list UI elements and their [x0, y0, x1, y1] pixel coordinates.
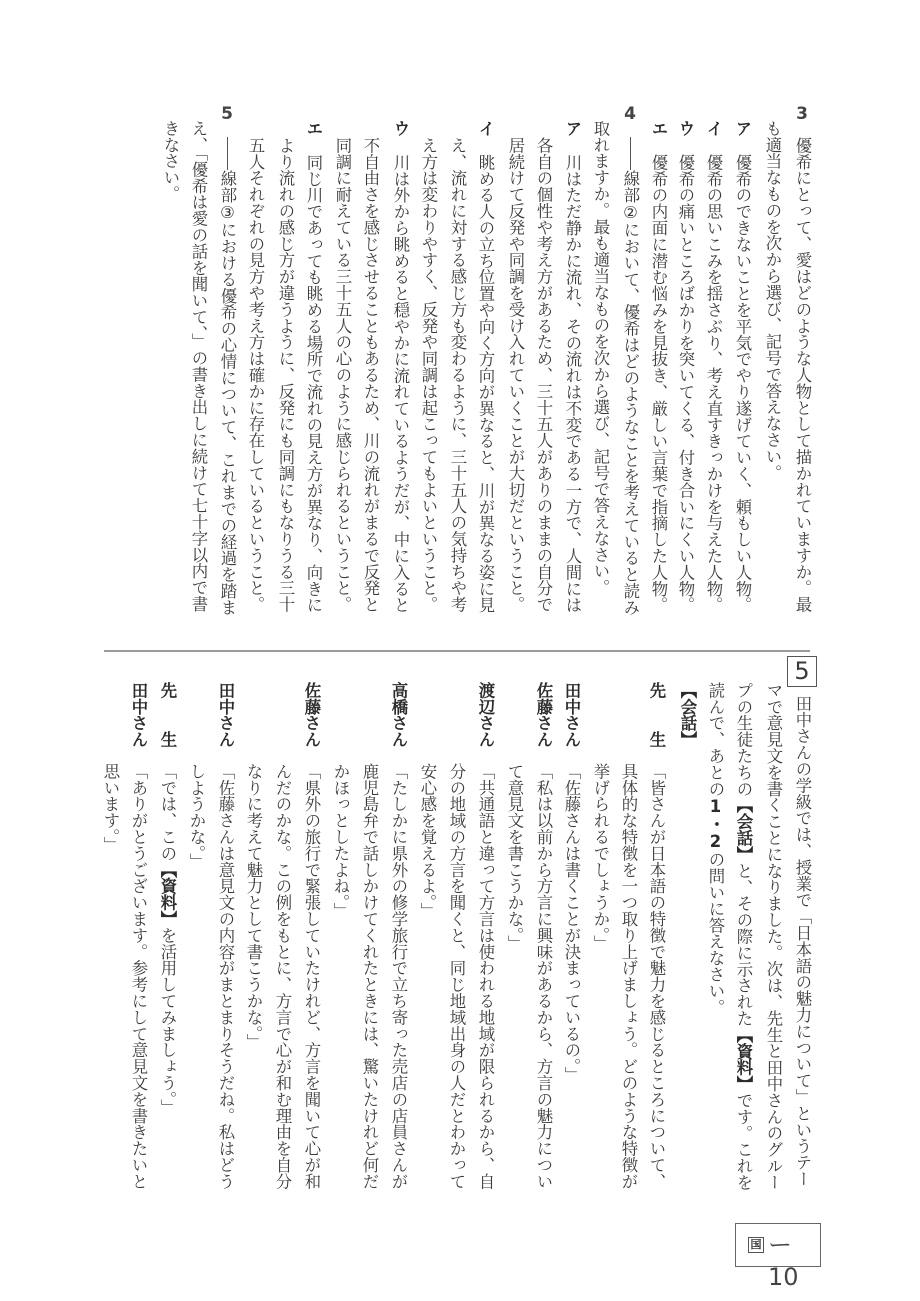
speech-line: 安心感を覚えるよ。」	[418, 763, 436, 919]
page-number: ー10	[768, 1229, 820, 1293]
speaker-label: 高橋さん	[389, 682, 407, 748]
intro-segment: です。これを	[734, 1092, 753, 1190]
speech-line: 具体的な特徴を一つ取り上げましょう。どのような特徴が	[619, 763, 637, 1189]
choice-text: 同じ川であっても眺める場所で流れの見え方が異なり、向きに	[304, 154, 322, 613]
speaker-label: 田中さん	[216, 682, 234, 748]
choice-text: 川はただ静かに流れ、その流れは不変である一方で、人間には	[563, 154, 581, 613]
question-number: 4	[621, 104, 639, 124]
question-text-line: 取れますか。最も適当なものを次から選び、記号で答えなさい。	[591, 120, 609, 596]
exam-page: 3 優希にとって、愛はどのような人物として描かれていますか。最 も適当なものを次…	[0, 0, 920, 1301]
speech-line: 「佐藤さんは意見文の内容がまとまりそうだね。私はどう	[216, 763, 234, 1189]
question-text-line: も適当なものを次から選び、記号で答えなさい。	[763, 120, 781, 481]
question-text-line: え、「優希は愛の話を聞いて、」の書き出しに続けて七十字以内で書	[189, 120, 207, 612]
speech-line: て意見文を書こうかな。」	[505, 763, 523, 952]
intro-line: マで意見文を書くことになりました。次は、先生と田中さんのグルー	[764, 682, 782, 1190]
speech-line: 「皆さんが日本語の特徴で魅力を感じるところについて、	[647, 763, 665, 1189]
intro-line: 読んで、あとの1・2の問いに答えなさい。	[706, 682, 724, 1015]
speech-line: 「では、この【資料】を活用してみましょう。」	[158, 763, 176, 1116]
speech-line: 思います。」	[101, 763, 119, 853]
question-text-line: きなさい。	[161, 120, 179, 202]
choice-text: 眺める人の立ち位置や向く方向が異なると、川が異なる姿に見	[476, 154, 494, 613]
material-reference: 【資料】	[734, 1026, 753, 1092]
question-number: 3	[793, 104, 811, 124]
speaker-label: 渡辺さん	[476, 682, 494, 748]
intro-line: 田中さんの学級では、授業で「日本語の魅力について」というテー	[793, 695, 811, 1187]
intro-segment: の問いに答えなさい。	[706, 851, 725, 1015]
speaker-label: 田中さん	[562, 682, 580, 748]
choice-text: 居続けて反発や同調を受け入れていくことが大切だということ。	[506, 137, 524, 613]
choice-label: エ	[649, 120, 667, 136]
question-text-line: 線部②において、優希はどのようなことを考えていると読み	[621, 170, 639, 615]
speech-segment: 「では、この	[158, 763, 177, 861]
question-number: 5	[218, 104, 236, 124]
choice-text: より流れの感じ方が違うように、反発にも同調にもなりうる三十	[276, 137, 294, 613]
speaker-label: 先 生	[647, 682, 665, 748]
choice-text: え、流れに対する感じ方も変わるように、三十五人の気持ちや考	[448, 137, 466, 613]
speech-line: 分の地域の方言を聞くと、同じ地域出身の人だとわかって	[447, 763, 465, 1189]
speech-line: 「佐藤さんは書くことが決まっているの。」	[562, 763, 580, 1083]
speech-line: かほっとしたよね。」	[331, 763, 349, 919]
question-text-line: 優希にとって、愛はどのような人物として描かれていますか。最	[793, 137, 811, 613]
choice-label: ウ	[391, 120, 409, 136]
choice-label: イ	[704, 120, 722, 136]
material-reference: 【資料】	[158, 861, 177, 927]
problem-number-box: 5	[787, 656, 817, 687]
section-divider	[104, 650, 810, 652]
speaker-label: 田中さん	[129, 682, 147, 748]
choice-text: 優希のできないことを平気でやり遂げていく、頼もしい人物。	[733, 154, 751, 613]
conversation-heading: 【会話】	[678, 682, 696, 748]
intro-segment: と、その際に示された	[734, 862, 753, 1026]
speech-line: 「ありがとうございます。参考にして意見文を書きたいと	[129, 763, 147, 1189]
choice-label: ウ	[676, 120, 694, 136]
intro-segment: プの生徒たちの	[734, 682, 753, 797]
choice-text: 不自由さを感じさせることもあるため、川の流れがまるで反発と	[361, 137, 379, 613]
underline-reference-rule	[227, 137, 228, 170]
speaker-label: 佐藤さん	[534, 682, 552, 748]
speech-line: 鹿児島弁で話しかけてくれたときには、驚いたけれど何だ	[360, 763, 378, 1189]
intro-line: プの生徒たちの【会話】と、その際に示された【資料】です。これを	[734, 682, 752, 1190]
speech-segment: を活用してみましょう。」	[158, 927, 177, 1116]
speech-line: しようかな。」	[187, 763, 205, 870]
choice-text: 川は外から眺めると穏やかに流れているようだが、中に入ると	[391, 154, 409, 613]
conversation-reference: 【会話】	[734, 797, 753, 863]
speech-line: 「県外の旅行で緊張していたけれど、方言を聞いて心が和	[302, 763, 320, 1189]
intro-segment: 読んで、あとの	[706, 682, 725, 797]
choice-text: 各自の個性や考え方があるため、三十五人がありのままの自分で	[534, 137, 552, 613]
question-numbers-reference: 1・2	[706, 797, 725, 851]
speaker-label: 先 生	[158, 682, 176, 748]
speech-line: なりに考えて魅力として書こうかな。」	[244, 763, 262, 1050]
choice-text: 同調に耐えている三十五人の心のように感じられるということ。	[333, 137, 351, 613]
speaker-label: 佐藤さん	[302, 682, 320, 748]
choice-label: ア	[563, 120, 581, 136]
subject-badge: 国	[748, 1237, 764, 1253]
choice-text: 優希の思いこみを揺さぶり、考え直すきっかけを与えた人物。	[704, 154, 722, 613]
choice-label: イ	[476, 120, 494, 136]
speech-line: 「私は以前から方言に興味があるから、方言の魅力につい	[534, 763, 552, 1189]
underline-reference-rule	[630, 137, 631, 170]
speech-line: 「たしかに県外の修学旅行で立ち寄った売店の店員さんが	[389, 763, 407, 1189]
choice-label: ア	[733, 120, 751, 136]
choice-text: 優希の内面に潜む悩みを見抜き、厳しい言葉で指摘した人物。	[649, 154, 667, 613]
question-text-line: 線部③における優希の心情について、これまでの経過を踏ま	[218, 170, 236, 615]
choice-text: 優希の痛いところばかりを突いてくる、付き合いにくい人物。	[676, 154, 694, 613]
choice-label: エ	[304, 120, 322, 136]
speech-line: 「共通語と違って方言は使われる地域が限られるから、自	[476, 763, 494, 1189]
choice-text: 五人それぞれの見方や考え方は確かに存在しているということ。	[246, 137, 264, 613]
choice-text: え方は変わりやすく、反発や同調は起こってもよいということ。	[419, 137, 437, 613]
speech-line: 挙げられるでしょうか。」	[591, 763, 609, 952]
page-number-box: 国 ー10	[735, 1223, 821, 1267]
speech-line: んだのかな。この例をもとに、方言で心が和む理由を自分	[273, 763, 291, 1189]
